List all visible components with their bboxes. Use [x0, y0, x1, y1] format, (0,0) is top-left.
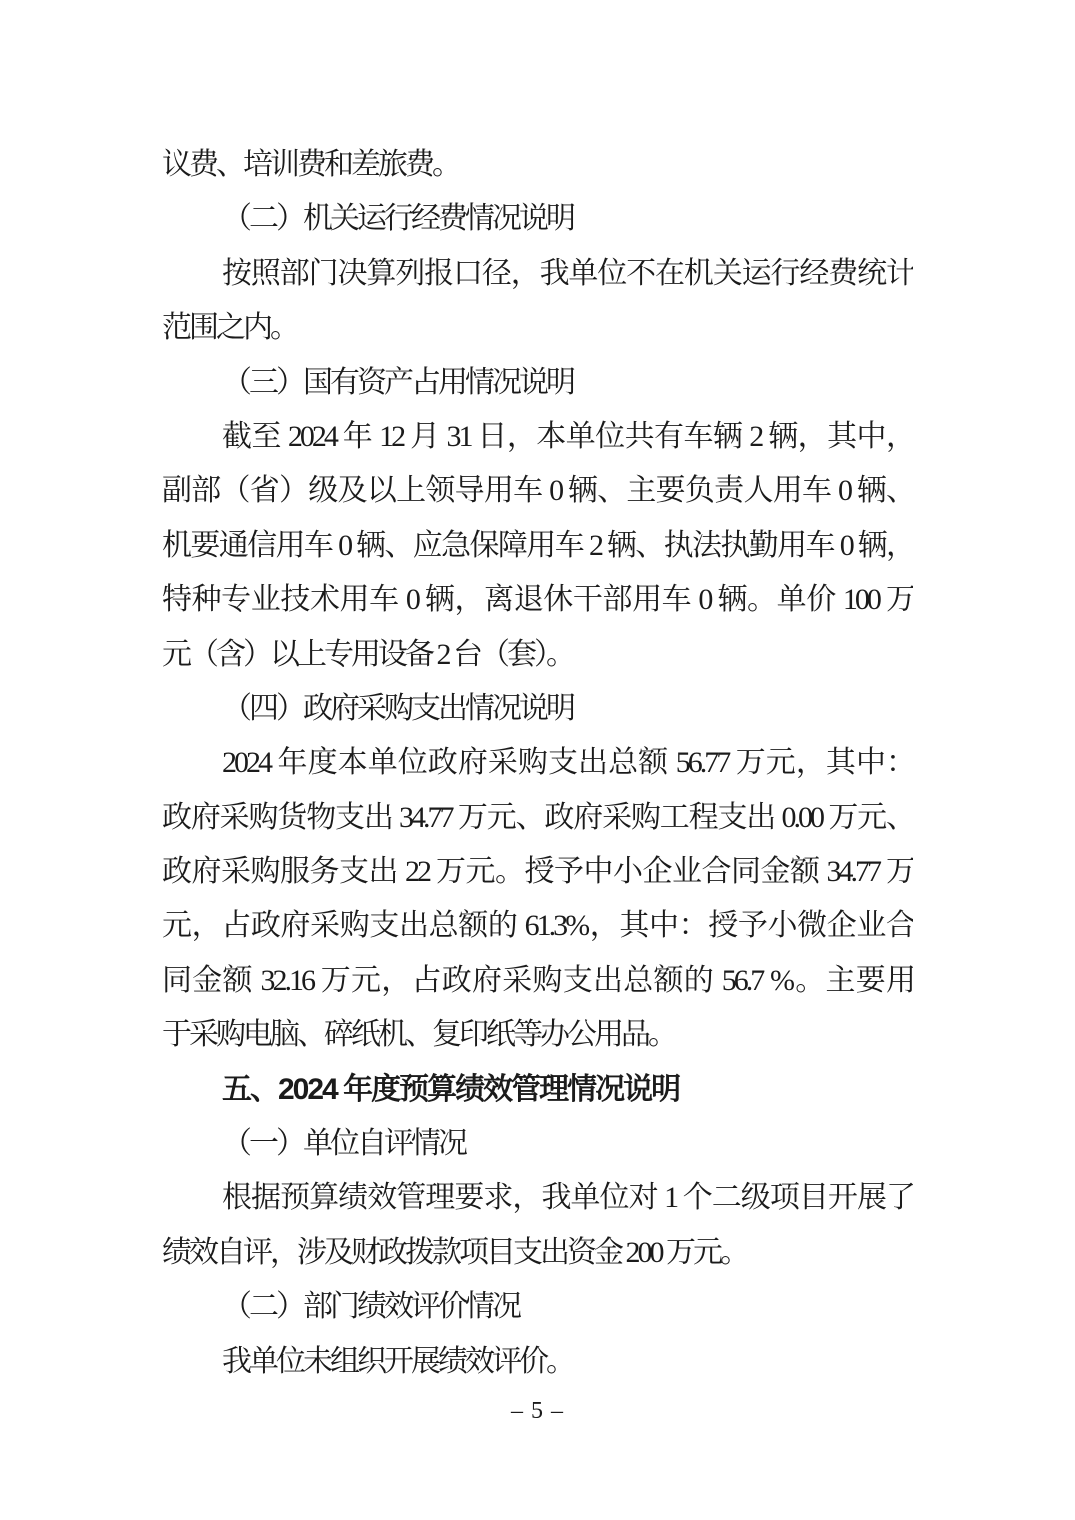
body-line: 同金额 32.16 万元，占政府采购支出总额的 56.7 %。主要用	[162, 954, 913, 1008]
body-line: 政府采购服务支出 22 万元。授予中小企业合同金额 34.77 万	[162, 845, 913, 899]
subsection-heading: （四）政府采购支出情况说明	[162, 682, 913, 736]
subsection-heading: （一）单位自评情况	[162, 1117, 913, 1171]
subsection-heading: （二）机关运行经费情况说明	[162, 192, 913, 246]
body-line: 我单位未组织开展绩效评价。	[162, 1335, 913, 1389]
document-body: 议费、培训费和差旅费。 （二）机关运行经费情况说明 按照部门决算列报口径，我单位…	[162, 138, 913, 1389]
body-line: 范围之内。	[162, 301, 913, 355]
body-line: 副部（省）级及以上领导用车 0 辆、主要负责人用车 0 辆、	[162, 464, 913, 518]
body-line: 元，占政府采购支出总额的 61.3%，其中：授予小微企业合	[162, 899, 913, 953]
subsection-heading: （三）国有资产占用情况说明	[162, 356, 913, 410]
body-line: 绩效自评，涉及财政拨款项目支出资金 200 万元。	[162, 1226, 913, 1280]
document-page: 议费、培训费和差旅费。 （二）机关运行经费情况说明 按照部门决算列报口径，我单位…	[0, 0, 1075, 1520]
body-line: 政府采购货物支出 34.77 万元、政府采购工程支出 0.00 万元、	[162, 791, 913, 845]
page-number: – 5 –	[0, 1398, 1075, 1425]
body-line: 议费、培训费和差旅费。	[162, 138, 913, 192]
body-line: 按照部门决算列报口径，我单位不在机关运行经费统计	[162, 247, 913, 301]
body-line: 于采购电脑、碎纸机、复印纸等办公用品。	[162, 1008, 913, 1062]
body-line: 截至 2024 年 12 月 31 日，本单位共有车辆 2 辆，其中，	[162, 410, 913, 464]
body-line: 2024 年度本单位政府采购支出总额 56.77 万元，其中：	[162, 736, 913, 790]
section-heading: 五、2024 年度预算绩效管理情况说明	[162, 1063, 913, 1117]
body-line: 特种专业技术用车 0 辆，离退休干部用车 0 辆。单价 100 万	[162, 573, 913, 627]
body-line: 根据预算绩效管理要求，我单位对 1 个二级项目开展了	[162, 1171, 913, 1225]
body-line: 机要通信用车 0 辆、应急保障用车 2 辆、执法执勤用车 0 辆，	[162, 519, 913, 573]
body-line: 元（含）以上专用设备 2 台（套）。	[162, 628, 913, 682]
subsection-heading: （二）部门绩效评价情况	[162, 1280, 913, 1334]
